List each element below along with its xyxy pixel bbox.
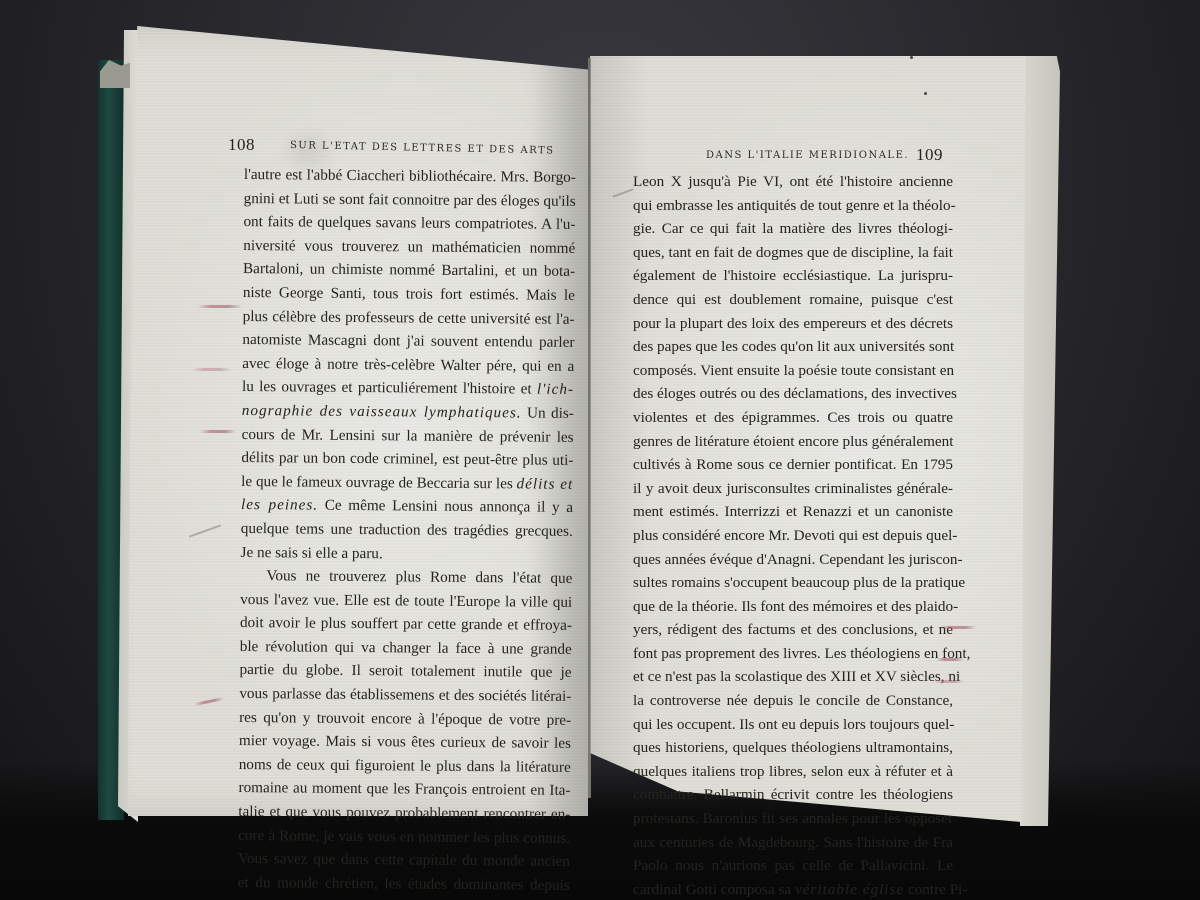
margin-mark-red xyxy=(192,368,232,371)
text-line: quelques italiens trop libres, selon eux… xyxy=(633,760,953,784)
margin-mark-red xyxy=(200,430,236,433)
line-text: ble révolution qui va changer la face à … xyxy=(240,638,572,658)
text-line: dence qui est doublement romaine, puisqu… xyxy=(633,288,953,312)
text-line: niversité vous trouverez un mathématicie… xyxy=(243,234,575,260)
text-line: partie du globe. Il seroit totalement in… xyxy=(239,658,571,684)
line-text: cultivés à Rome sous ce dernier pontific… xyxy=(633,456,953,473)
text-line: ques années évéque d'Anagni. Cependant l… xyxy=(633,548,953,572)
text-line: Vous savez que dans cette capitale du mo… xyxy=(238,847,570,873)
text-line: protestans. Baronius fit ses annales pou… xyxy=(633,807,953,831)
line-text: des papes que les codes qu'on lit aux un… xyxy=(633,338,954,355)
left-page-body: l'autre est l'abbé Ciaccheri bibliothéca… xyxy=(238,163,576,897)
text-line: lu les ouvrages et particuliérement l'hi… xyxy=(242,375,574,401)
paper-speck xyxy=(288,36,291,39)
italic-title-text: véritable église xyxy=(795,881,904,898)
line-text: ques, tant en fait de dogmes que de disc… xyxy=(633,244,953,261)
right-page-body: Leon X jusqu'à Pie VI, ont été l'histoir… xyxy=(633,170,953,900)
line-text: que de la théorie. Ils font des mémoires… xyxy=(633,598,958,615)
line-text: niversité vous trouverez un mathématicie… xyxy=(243,237,575,257)
right-running-head: DANS L'ITALIE MERIDIONALE. xyxy=(706,150,909,161)
italic-title-text: l'ich- xyxy=(537,381,574,398)
line-text: ques années évéque d'Anagni. Cependant l… xyxy=(633,551,963,568)
text-line: ont faits de quelques savans leurs compa… xyxy=(243,210,575,236)
text-line: noms de ceux qui figuroient le plus dans… xyxy=(239,753,571,779)
text-line: combattre. Bellarmin écrivit contre les … xyxy=(633,783,953,807)
text-line: aux centuries de Magdebourg. Sans l'hist… xyxy=(633,831,953,855)
margin-mark-red xyxy=(934,680,964,683)
line-text: qui embrasse les antiquités de tout genr… xyxy=(633,197,956,214)
text-line: core à Rome, je vais vous en nommer les … xyxy=(238,824,570,850)
text-line: également de l'histoire ecclésiastique. … xyxy=(633,264,953,288)
italic-title-text: nographie des vaisseaux lymphatiques. xyxy=(242,402,522,421)
right-page-number: 109 xyxy=(916,145,943,165)
line-text: Vous savez que dans cette capitale du mo… xyxy=(238,850,570,870)
line-text: lu les ouvrages et particuliérement l'hi… xyxy=(242,378,537,398)
text-line: gie. Car ce qui fait la matière des livr… xyxy=(633,217,953,241)
margin-mark-red xyxy=(940,626,976,629)
text-line: avec éloge à notre très-celèbre Walter p… xyxy=(242,352,574,378)
line-text: protestans. Baronius fit ses annales pou… xyxy=(633,810,953,827)
text-line: gnini et Luti se sont fait connoitre par… xyxy=(244,187,576,213)
text-line: Paolo nous n'aurions pas celle de Pallav… xyxy=(633,854,953,878)
line-text: contre Pi- xyxy=(904,881,967,898)
line-text: cours de Mr. Lensini sur la manière de p… xyxy=(242,426,574,446)
text-line: Leon X jusqu'à Pie VI, ont été l'histoir… xyxy=(633,170,953,194)
line-text: genres de litérature étoient encore plus… xyxy=(633,433,953,450)
line-text: pour la plupart des loix des empereurs e… xyxy=(633,315,953,332)
line-text: Je ne sais si elle a paru. xyxy=(241,543,383,561)
text-line: vous parlasse das établissemens et des s… xyxy=(239,682,571,708)
text-line: qui les occupent. Ils ont eu depuis lors… xyxy=(633,713,953,737)
line-text: l'autre est l'abbé Ciaccheri bibliothéca… xyxy=(244,166,576,186)
text-line: nographie des vaisseaux lymphatiques. Un… xyxy=(242,399,574,425)
line-text: dence qui est doublement romaine, puisqu… xyxy=(633,291,953,308)
text-line: cultivés à Rome sous ce dernier pontific… xyxy=(633,453,953,477)
line-text: et du monde chrétien, les études dominan… xyxy=(238,874,570,894)
text-line: talie et que vous pouvez probablement re… xyxy=(238,800,570,826)
text-line: ques, tant en fait de dogmes que de disc… xyxy=(633,241,953,265)
line-text: yers, rédigent des factums et des conclu… xyxy=(633,621,953,638)
text-line: doit avoir le plus souffert par cette gr… xyxy=(240,611,572,637)
line-text: aux centuries de Magdebourg. Sans l'hist… xyxy=(633,834,953,851)
right-leaf-stack xyxy=(1020,56,1060,826)
text-line: niste George Santi, tous trois fort esti… xyxy=(243,281,575,307)
text-line: ques historiens, quelques théologiens ul… xyxy=(633,736,953,760)
text-line: la controverse née depuis le concile de … xyxy=(633,689,953,713)
left-page-number: 108 xyxy=(228,135,255,155)
text-line: composés. Vient ensuite la poésie toute … xyxy=(633,359,953,383)
line-text: ont faits de quelques savans leurs compa… xyxy=(243,213,575,233)
text-line: et ce n'est pas la scolastique des XIII … xyxy=(633,665,953,689)
line-text: quelque tems une traduction des tragédie… xyxy=(241,520,573,540)
text-line: mier voyage. Mais si vous êtes curieux d… xyxy=(239,729,571,755)
text-line: Bartaloni, un chimiste nommé Bartalini, … xyxy=(243,257,575,283)
text-line: et du monde chrétien, les études dominan… xyxy=(238,871,570,897)
text-line: cardinal Gotti composa sa véritable égli… xyxy=(633,878,953,900)
text-line: ble révolution qui va changer la face à … xyxy=(240,635,572,661)
text-line: cours de Mr. Lensini sur la manière de p… xyxy=(242,423,574,449)
text-line: l'autre est l'abbé Ciaccheri bibliothéca… xyxy=(244,163,576,189)
paper-speck xyxy=(910,56,913,59)
line-text: Un dis- xyxy=(522,404,574,421)
text-line: ment estimés. Interrizzi et Renazzi et u… xyxy=(633,500,953,524)
text-line: romaine au moment que les François entro… xyxy=(238,776,570,802)
text-line: vous l'avez vue. Elle est de toute l'Eur… xyxy=(240,588,572,614)
text-line: Vous ne trouverez plus Rome dans l'état … xyxy=(240,564,572,590)
line-text: des éloges outrés ou des déclamations, d… xyxy=(633,385,957,402)
text-line: natomiste Mascagni dont j'ai souvent ent… xyxy=(242,328,574,354)
line-text: Bartaloni, un chimiste nommé Bartalini, … xyxy=(243,260,575,280)
book-gutter xyxy=(588,58,591,798)
text-line: il y avoit deux jurisconsultes criminali… xyxy=(633,477,953,501)
line-text: plus célèbre des professeurs de cette un… xyxy=(243,308,575,328)
line-text: ment estimés. Interrizzi et Renazzi et u… xyxy=(633,503,953,520)
line-text: il y avoit deux jurisconsultes criminali… xyxy=(633,480,953,497)
line-text: res qu'on y trouvoit encore à l'époque d… xyxy=(239,709,571,729)
line-text: Leon X jusqu'à Pie VI, ont été l'histoir… xyxy=(633,173,953,190)
text-line: plus célèbre des professeurs de cette un… xyxy=(243,305,575,331)
line-text: font pas proprement des livres. Les théo… xyxy=(633,645,970,662)
text-line: quelque tems une traduction des tragédie… xyxy=(241,517,573,543)
line-text: talie et que vous pouvez probablement re… xyxy=(238,803,570,823)
text-line: le que le fameux ouvrage de Beccaria sur… xyxy=(241,470,573,496)
line-text: composés. Vient ensuite la poésie toute … xyxy=(633,362,954,379)
text-line: violentes et des épigrammes. Ces trois o… xyxy=(633,406,953,430)
italic-title-text: les peines. xyxy=(241,496,318,514)
text-line: Je ne sais si elle a paru. xyxy=(240,540,572,566)
margin-mark-red xyxy=(198,305,242,308)
line-text: également de l'histoire ecclésiastique. … xyxy=(633,267,953,284)
line-text: doit avoir le plus souffert par cette gr… xyxy=(240,614,572,634)
line-text: mier voyage. Mais si vous êtes curieux d… xyxy=(239,732,571,752)
text-line: des papes que les codes qu'on lit aux un… xyxy=(633,335,953,359)
text-line: genres de litérature étoient encore plus… xyxy=(633,430,953,454)
paper-speck xyxy=(924,92,927,95)
line-text: Ce même Lensini nous annonça il y a xyxy=(318,497,573,516)
line-text: gnini et Luti se sont fait connoitre par… xyxy=(244,190,576,210)
line-text: délits par un bon code criminel, est peu… xyxy=(241,449,573,469)
line-text: plus considéré encore Mr. Devoti qui est… xyxy=(633,527,957,544)
line-text: qui les occupent. Ils ont eu depuis lors… xyxy=(633,716,954,733)
line-text: vous parlasse das établissemens et des s… xyxy=(239,685,571,705)
text-line: qui embrasse les antiquités de tout genr… xyxy=(633,194,953,218)
line-text: partie du globe. Il seroit totalement in… xyxy=(240,661,572,681)
line-text: sultes romains s'occupent beaucoup plus … xyxy=(633,574,965,591)
line-text: avec éloge à notre très-celèbre Walter p… xyxy=(242,355,574,375)
line-text: noms de ceux qui figuroient le plus dans… xyxy=(239,756,571,776)
line-text: et ce n'est pas la scolastique des XIII … xyxy=(633,668,960,685)
text-line: sultes romains s'occupent beaucoup plus … xyxy=(633,571,953,595)
line-text: Paolo nous n'aurions pas celle de Pallav… xyxy=(633,857,953,874)
line-text: combattre. Bellarmin écrivit contre les … xyxy=(633,786,953,803)
line-text: vous l'avez vue. Elle est de toute l'Eur… xyxy=(240,591,572,611)
text-line: les peines. Ce même Lensini nous annonça… xyxy=(241,493,573,519)
margin-mark-red xyxy=(936,658,964,661)
line-text: Vous ne trouverez plus Rome dans l'état … xyxy=(266,567,572,587)
line-text: le que le fameux ouvrage de Beccaria sur… xyxy=(241,473,516,492)
text-line: délits par un bon code criminel, est peu… xyxy=(241,446,573,472)
text-line: des éloges outrés ou des déclamations, d… xyxy=(633,382,953,406)
text-line: plus considéré encore Mr. Devoti qui est… xyxy=(633,524,953,548)
line-text: ques historiens, quelques théologiens ul… xyxy=(633,739,953,756)
text-line: que de la théorie. Ils font des mémoires… xyxy=(633,595,953,619)
text-line: yers, rédigent des factums et des conclu… xyxy=(633,618,953,642)
line-text: gie. Car ce qui fait la matière des livr… xyxy=(633,220,953,237)
text-line: res qu'on y trouvoit encore à l'époque d… xyxy=(239,706,571,732)
line-text: violentes et des épigrammes. Ces trois o… xyxy=(633,409,953,426)
line-text: natomiste Mascagni dont j'ai souvent ent… xyxy=(242,331,574,351)
line-text: core à Rome, je vais vous en nommer les … xyxy=(238,827,570,847)
line-text: la controverse née depuis le concile de … xyxy=(633,692,953,709)
line-text: niste George Santi, tous trois fort esti… xyxy=(243,284,575,304)
italic-title-text: délits et xyxy=(516,475,573,492)
line-text: cardinal Gotti composa sa xyxy=(633,881,795,898)
line-text: romaine au moment que les François entro… xyxy=(238,779,570,799)
line-text: quelques italiens trop libres, selon eux… xyxy=(633,763,953,780)
text-line: font pas proprement des livres. Les théo… xyxy=(633,642,953,666)
text-line: pour la plupart des loix des empereurs e… xyxy=(633,312,953,336)
